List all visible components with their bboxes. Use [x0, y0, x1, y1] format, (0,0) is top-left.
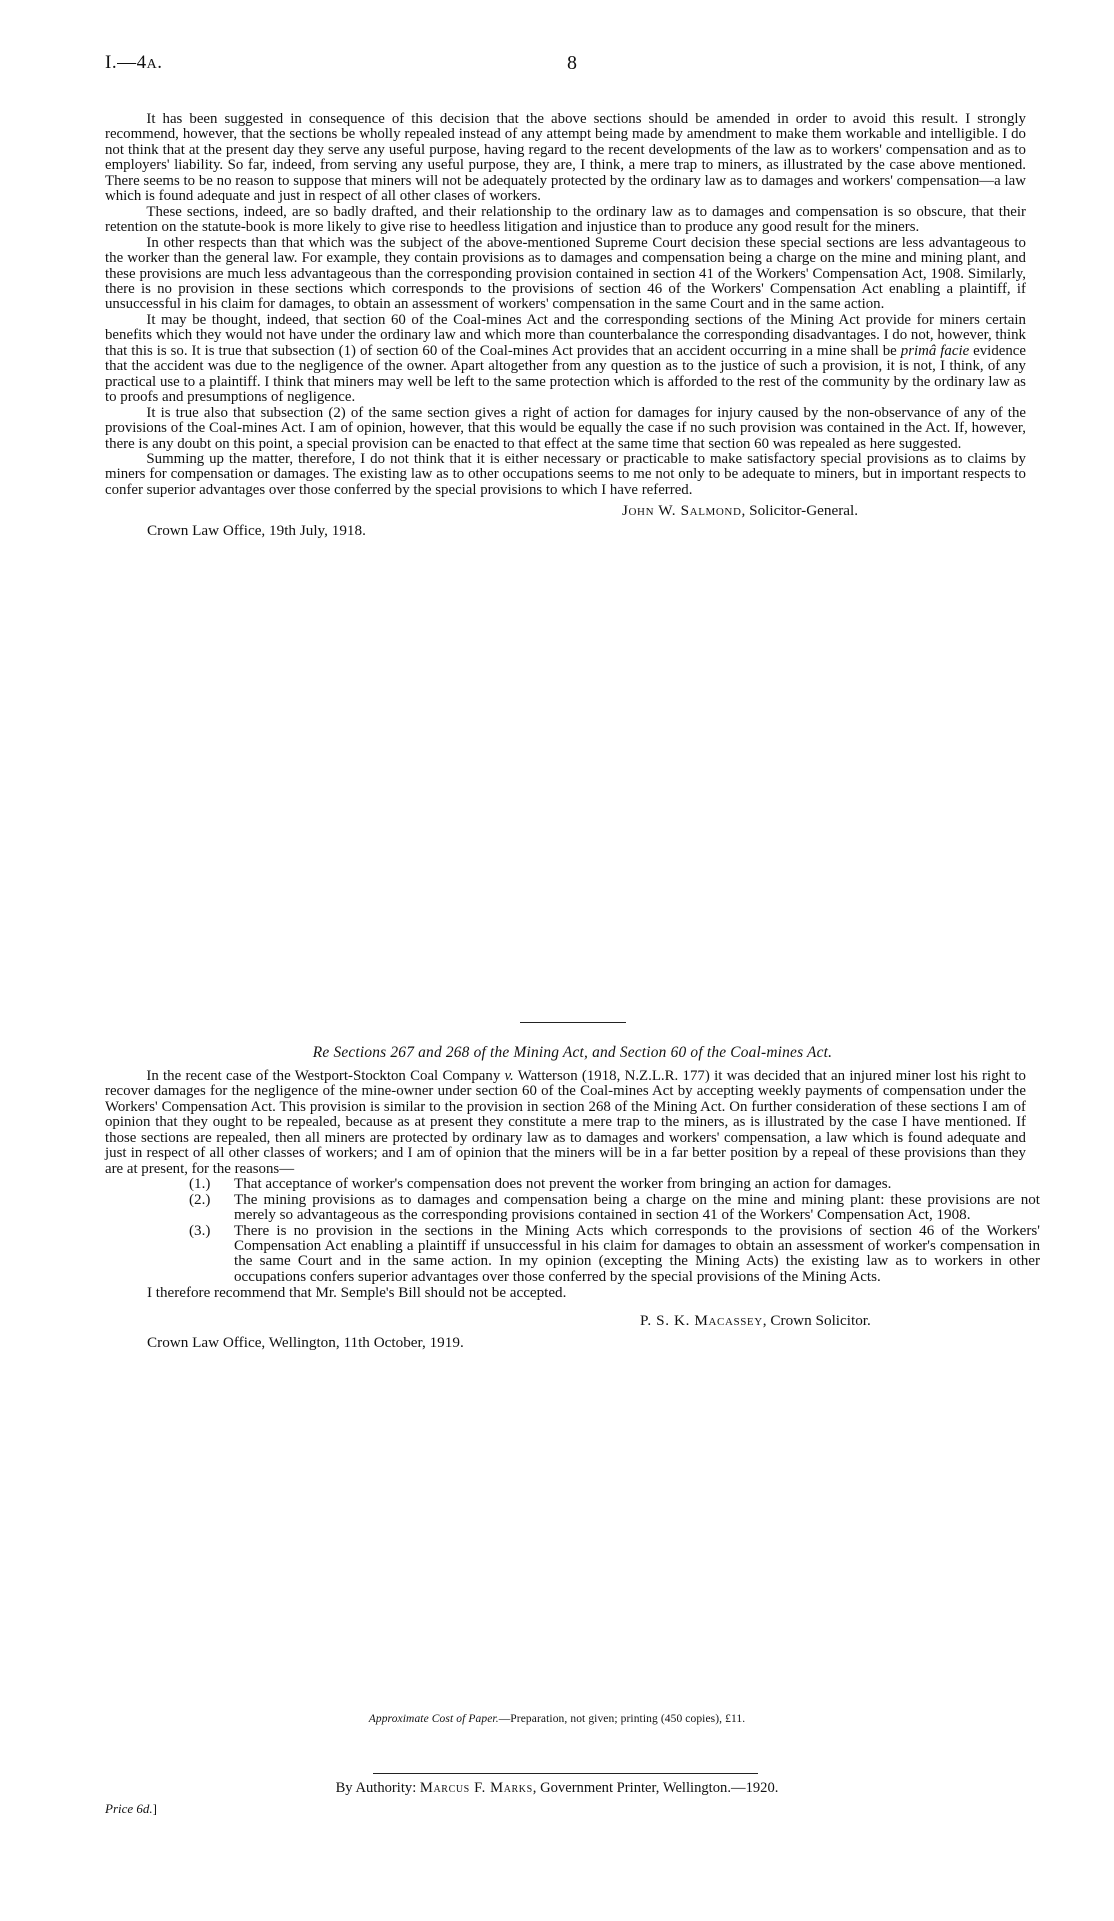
section-divider	[520, 1022, 626, 1023]
paragraph: It has been suggested in consequence of …	[105, 112, 1026, 205]
cost-text: —Preparation, not given; printing (450 c…	[499, 1713, 746, 1725]
signatory-name: John W. Salmond	[622, 502, 742, 519]
cost-of-paper-note: Approximate Cost of Paper.—Preparation, …	[0, 1713, 1114, 1725]
crown-solicitor-opinion: In the recent case of the Westport-Stock…	[105, 1069, 1040, 1352]
document-reference: I.—4A.	[105, 52, 162, 74]
reason-number: (3.)	[189, 1224, 234, 1239]
paragraph-text: In the recent case of the Westport-Stock…	[146, 1068, 504, 1084]
reference-suffix: A	[147, 57, 158, 72]
reason-text: The mining provisions as to damages and …	[234, 1192, 1040, 1223]
solicitor-general-opinion: It has been suggested in consequence of …	[105, 112, 1040, 540]
paragraph: It is true also that subsection (2) of t…	[105, 406, 1026, 452]
paragraph: These sections, indeed, are so badly dra…	[105, 205, 1026, 236]
document-page: I.—4A. 8 It has been suggested in conseq…	[0, 0, 1114, 1921]
italic-term: primâ facie	[901, 343, 969, 359]
paragraph: In other respects than that which was th…	[105, 236, 1026, 313]
page-header: I.—4A. 8	[105, 52, 1040, 82]
signature: P. S. K. Macassey, Crown Solicitor.	[640, 1312, 871, 1330]
signature-line: John W. Salmond, Solicitor-General.	[105, 500, 1040, 520]
printer-authority: By Authority: Marcus F. Marks, Governmen…	[0, 1780, 1114, 1797]
paragraph-text: Watterson (1918, N.Z.L.R. 177) it was de…	[105, 1068, 1026, 1177]
reference-end: .	[157, 52, 162, 73]
recommendation: I therefore recommend that Mr. Semple's …	[105, 1286, 1040, 1301]
printer-name: Marcus F. Marks	[420, 1780, 533, 1796]
paragraph: Summing up the matter, therefore, I do n…	[105, 452, 1026, 498]
reason-number: (1.)	[189, 1177, 234, 1192]
reasons-list: (1.)That acceptance of worker's compensa…	[105, 1177, 1040, 1285]
dateline: Crown Law Office, Wellington, 11th Octob…	[105, 1334, 1040, 1352]
reason-item: (1.)That acceptance of worker's compensa…	[105, 1177, 1040, 1192]
signatory-title: , Crown Solicitor.	[763, 1312, 871, 1329]
reason-item: (3.)There is no provision in the section…	[105, 1224, 1040, 1286]
reason-number: (2.)	[189, 1193, 234, 1208]
reference-main: I.—4	[105, 52, 147, 73]
signatory-title: , Solicitor-General.	[742, 502, 859, 519]
price-bracket: ]	[153, 1801, 157, 1816]
authority-suffix: , Government Printer, Wellington.—1920.	[533, 1780, 779, 1796]
signature-line: P. S. K. Macassey, Crown Solicitor.	[105, 1312, 1040, 1332]
page-number: 8	[567, 52, 577, 75]
reason-item: (2.)The mining provisions as to damages …	[105, 1193, 1040, 1224]
cost-label: Approximate Cost of Paper.	[369, 1713, 499, 1725]
authority-prefix: By Authority:	[336, 1780, 420, 1796]
price-note: Price 6d.]	[105, 1801, 157, 1817]
reason-text: There is no provision in the sections in…	[234, 1223, 1040, 1285]
paragraph-text: It may be thought, indeed, that section …	[105, 312, 1026, 359]
section-heading: Re Sections 267 and 268 of the Mining Ac…	[105, 1044, 1040, 1062]
dateline: Crown Law Office, 19th July, 1918.	[105, 522, 1040, 540]
italic-term: v.	[505, 1068, 514, 1084]
signature: John W. Salmond, Solicitor-General.	[622, 502, 858, 520]
reason-text: That acceptance of worker's compensation…	[234, 1176, 891, 1192]
signatory-name: P. S. K. Macassey	[640, 1312, 763, 1329]
paragraph: It may be thought, indeed, that section …	[105, 313, 1026, 406]
price-label: Price 6d.	[105, 1801, 153, 1816]
paragraph: In the recent case of the Westport-Stock…	[105, 1069, 1026, 1177]
footer-divider	[373, 1773, 758, 1774]
